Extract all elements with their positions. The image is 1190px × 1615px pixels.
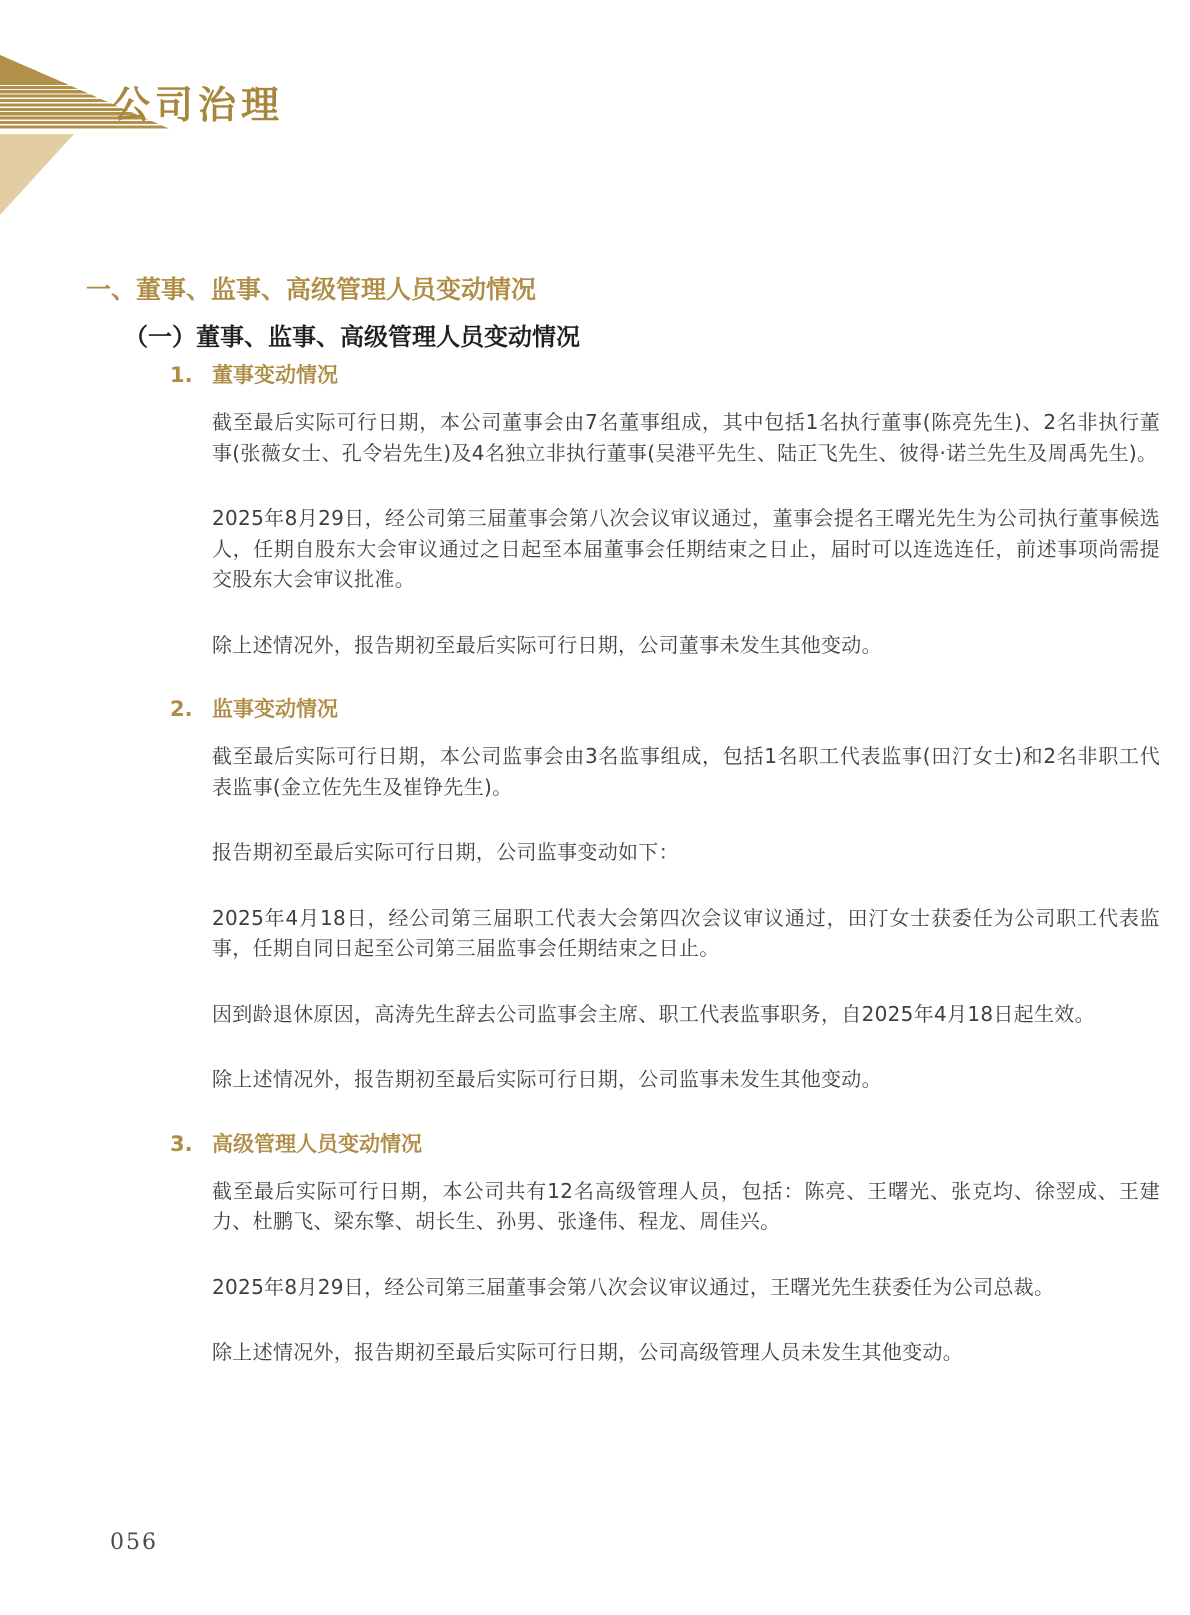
light-tan-triangle	[0, 134, 74, 215]
item-heading: 2. 监事变动情况	[170, 695, 1165, 724]
items-list: 1. 董事变动情况 截至最后实际可行日期，本公司董事会由7名董事组成，其中包括1…	[170, 361, 1165, 1403]
item-title: 董事变动情况	[212, 361, 338, 390]
body-paragraph: 报告期初至最后实际可行日期，公司监事变动如下：	[212, 837, 1160, 868]
item-heading: 3. 高级管理人员变动情况	[170, 1130, 1165, 1159]
page-number: 056	[110, 1530, 158, 1555]
page-title: 公司治理	[112, 74, 284, 129]
body-paragraph: 除上述情况外，报告期初至最后实际可行日期，公司高级管理人员未发生其他变动。	[212, 1337, 1160, 1368]
body-paragraph: 除上述情况外，报告期初至最后实际可行日期，公司董事未发生其他变动。	[212, 630, 1160, 661]
body-paragraph: 截至最后实际可行日期，本公司共有12名高级管理人员，包括：陈亮、王曙光、张克均、…	[212, 1176, 1160, 1237]
item-number: 3.	[170, 1130, 212, 1159]
body-paragraph: 截至最后实际可行日期，本公司董事会由7名董事组成，其中包括1名执行董事(陈亮先生…	[212, 407, 1160, 468]
body-paragraph: 2025年4月18日，经公司第三届职工代表大会第四次会议审议通过，田汀女士获委任…	[212, 903, 1160, 964]
body-paragraph: 除上述情况外，报告期初至最后实际可行日期，公司监事未发生其他变动。	[212, 1064, 1160, 1095]
body-paragraph: 2025年8月29日，经公司第三届董事会第八次会议审议通过，王曙光先生获委任为公…	[212, 1272, 1160, 1303]
subsection-heading: （一）董事、监事、高级管理人员变动情况	[124, 317, 580, 352]
item-supervisor-changes: 2. 监事变动情况 截至最后实际可行日期，本公司监事会由3名监事组成，包括1名职…	[170, 695, 1165, 1095]
item-title: 高级管理人员变动情况	[212, 1130, 422, 1159]
body-paragraph: 因到龄退休原因，高涛先生辞去公司监事会主席、职工代表监事职务，自2025年4月1…	[212, 999, 1160, 1030]
item-number: 2.	[170, 695, 212, 724]
item-senior-management-changes: 3. 高级管理人员变动情况 截至最后实际可行日期，本公司共有12名高级管理人员，…	[170, 1130, 1165, 1368]
item-heading: 1. 董事变动情况	[170, 361, 1165, 390]
body-paragraph: 2025年8月29日，经公司第三届董事会第八次会议审议通过，董事会提名王曙光先生…	[212, 503, 1160, 595]
body-paragraph: 截至最后实际可行日期，本公司监事会由3名监事组成，包括1名职工代表监事(田汀女士…	[212, 741, 1160, 802]
document-page: 公司治理 一、董事、监事、高级管理人员变动情况 （一）董事、监事、高级管理人员变…	[0, 0, 1190, 1615]
item-number: 1.	[170, 361, 212, 390]
item-title: 监事变动情况	[212, 695, 338, 724]
section-heading: 一、董事、监事、高级管理人员变动情况	[86, 270, 536, 306]
item-director-changes: 1. 董事变动情况 截至最后实际可行日期，本公司董事会由7名董事组成，其中包括1…	[170, 361, 1165, 660]
